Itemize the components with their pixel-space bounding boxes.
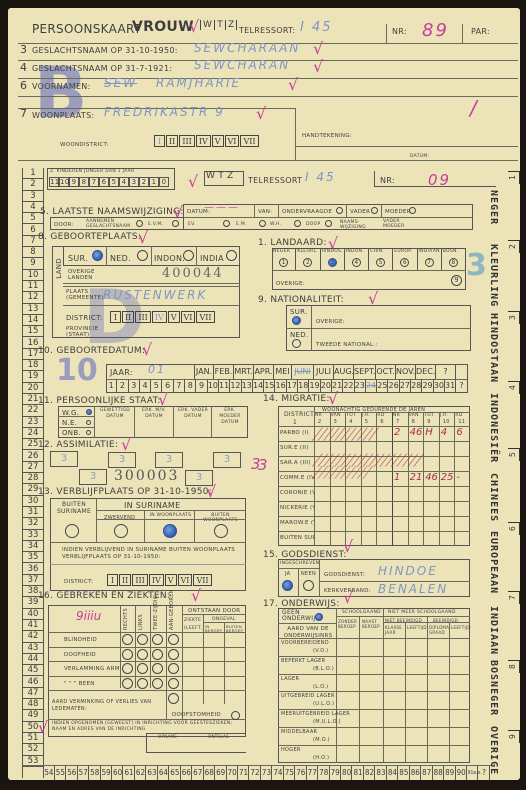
- day-cell[interactable]: 12: [230, 379, 241, 393]
- field7-num: 7: [20, 107, 27, 120]
- month-cell[interactable]: MEI: [274, 364, 292, 379]
- country-ned: NED.: [110, 254, 131, 263]
- landaard-radio[interactable]: 1: [279, 258, 288, 267]
- migration-district: BUITEN SUR. enz. (VIII): [280, 535, 314, 541]
- child-cell[interactable]: 7: [89, 177, 99, 187]
- side-index-tab[interactable]: 1: [508, 171, 520, 184]
- opt-wh: W.H.: [270, 222, 281, 227]
- telressort-second-label: TELRESSORT: [248, 176, 302, 185]
- child-cell[interactable]: 6: [99, 177, 109, 187]
- disability-radio[interactable]: [168, 663, 179, 674]
- day-cell[interactable]: 17: [287, 379, 298, 393]
- education-abbr: (B.L.O.): [313, 666, 334, 672]
- row-number: 12: [22, 292, 44, 303]
- month-cell[interactable]: FEB.: [214, 364, 234, 379]
- month-cell[interactable]: OCT.: [376, 364, 396, 379]
- day-cell[interactable]: 14: [253, 379, 264, 393]
- verblijf-district-V[interactable]: V: [165, 574, 177, 586]
- assim-box-3[interactable]: 3: [155, 452, 183, 468]
- district-I[interactable]: I: [154, 135, 165, 147]
- checkmark-surname-1950: √: [313, 39, 323, 58]
- verblijf-district-III[interactable]: III: [132, 574, 147, 586]
- child-cell[interactable]: 11: [49, 177, 59, 187]
- radio-status-ne[interactable]: [86, 420, 91, 425]
- district-V[interactable]: V: [212, 135, 224, 147]
- disability-radio[interactable]: [137, 634, 148, 645]
- disability-radio[interactable]: [137, 663, 148, 674]
- radio-zwervend[interactable]: [114, 524, 128, 538]
- child-cell[interactable]: 0: [159, 177, 169, 187]
- district-VI[interactable]: VI: [225, 135, 240, 147]
- migration-value: 46: [425, 472, 438, 483]
- landaard-stamp: 3: [466, 248, 487, 283]
- disability-radio[interactable]: [122, 649, 133, 660]
- landaard-label: 1. LANDAARD:: [258, 238, 327, 248]
- birth-district-II[interactable]: II: [122, 311, 134, 323]
- bottom-number: 75: [284, 766, 295, 780]
- doofstom-label: DOOFSTOMHEID: [172, 712, 221, 718]
- education-abbr: (V.O.): [313, 648, 328, 654]
- disability-radio[interactable]: [122, 663, 133, 674]
- leeftijd-2-label: LEEFTIJD: [451, 625, 471, 630]
- field4-num: 4: [20, 61, 27, 74]
- telressort-value: I 45: [300, 20, 333, 35]
- migration-district: NICKERIE (VI): [280, 505, 314, 511]
- row-number: 20: [22, 383, 44, 394]
- radio-country-indon[interactable]: [183, 250, 194, 261]
- radio-geen-onderwijs[interactable]: [315, 613, 323, 621]
- opt-evm: E.V.M.: [148, 222, 163, 227]
- migration-col-header: VAN: [331, 413, 341, 418]
- radio-buiten-suriname[interactable]: [65, 524, 79, 538]
- bottom-number: 77: [307, 766, 318, 780]
- migration-district-num: 1: [293, 419, 297, 426]
- disability-radio[interactable]: [152, 634, 163, 645]
- migration-col-num: 9: [427, 419, 430, 425]
- radio-country-ned[interactable]: [137, 250, 148, 261]
- nr-second-label: NR:: [380, 176, 395, 185]
- birth-district-VII[interactable]: VII: [196, 311, 214, 323]
- status-ne: N.E.: [62, 419, 77, 427]
- migration-value: H: [425, 427, 433, 438]
- row-number: 24: [22, 428, 44, 439]
- radio-status-onb[interactable]: [86, 430, 91, 435]
- opt-moeder-small: MOEDER: [383, 224, 405, 229]
- inrichting-label: INDIEN OPGENOMEN [GEWEEST] IN INRICHTING…: [52, 721, 242, 733]
- wtz-t: T: [214, 20, 225, 30]
- field6-label: VOORNAMEN:: [32, 82, 91, 91]
- migration-col-num: 11: [458, 419, 465, 425]
- bottom-number: 72: [250, 766, 261, 780]
- bottom-number: 60: [113, 766, 124, 780]
- education-type: BEPERKT LAGER: [281, 658, 325, 664]
- assim-box-5[interactable]: 3: [79, 469, 107, 485]
- bottom-number: 89: [445, 766, 456, 780]
- opt-buiten-woonplaats: BUITEN WOONPLAATS: [198, 513, 243, 523]
- radio-landaard-9[interactable]: 9: [451, 275, 462, 286]
- assim-box-2[interactable]: 3: [108, 452, 136, 468]
- birth-district-V[interactable]: V: [168, 311, 180, 323]
- day-cell[interactable]: 15: [264, 379, 275, 393]
- row-number: 31: [22, 507, 44, 518]
- landaard-option[interactable]: HINDOS. 3: [321, 248, 345, 270]
- migration-col-header: J.R.: [440, 413, 448, 418]
- bottom-number: 55: [55, 766, 66, 780]
- district-II[interactable]: II: [166, 135, 178, 147]
- child-cell[interactable]: 5: [109, 177, 119, 187]
- day-cell[interactable]: 29: [422, 379, 433, 393]
- landaard-radio[interactable]: 5: [376, 258, 385, 267]
- migration-district: SUR.E (II): [280, 445, 314, 451]
- migration-district: CORONIE (V): [280, 490, 314, 496]
- month-cell[interactable]: JULI: [314, 364, 334, 379]
- radio-evm[interactable]: [172, 220, 179, 227]
- col-erk-vader: ERK. VADER DATUM: [176, 408, 210, 420]
- day-cell[interactable]: 31: [445, 379, 456, 393]
- checkmark-birthplace: √: [138, 228, 148, 247]
- surname-1950-value: SEWCHARAAN: [194, 41, 300, 55]
- verblijf-district-VI[interactable]: VI: [178, 574, 193, 586]
- landaard-option[interactable]: EUROP. 6: [393, 248, 417, 270]
- opt-ondervraagde: ONDERVRAAGDE: [282, 209, 332, 215]
- day-cell[interactable]: 3: [129, 379, 140, 393]
- education-type: LAGER: [281, 676, 299, 682]
- month-cell[interactable]: ?: [436, 364, 456, 379]
- day-cell[interactable]: 26: [389, 379, 400, 393]
- opt-in-woonplaats: IN WOONPLAATS: [148, 513, 193, 518]
- day-cell[interactable]: 8: [185, 379, 196, 393]
- child-cell[interactable]: 9: [69, 177, 79, 187]
- radio-doop[interactable]: [325, 220, 332, 227]
- day-cell[interactable]: ?: [456, 379, 467, 393]
- first-names-value: RAMJHARIE: [156, 76, 241, 90]
- ziekte-label: ZIEKTE (LEEFT.): [184, 617, 202, 633]
- birth-district-III[interactable]: III: [135, 311, 150, 323]
- day-cell[interactable]: 19: [309, 379, 320, 393]
- side-label-europeaan: EUROPEAAN: [488, 531, 499, 594]
- month-cell[interactable]: JUNI: [292, 364, 314, 379]
- radio-verminking[interactable]: [168, 693, 179, 704]
- radio-country-india[interactable]: [226, 250, 237, 261]
- day-cell[interactable]: 4: [140, 379, 151, 393]
- wtz-second: W T Z: [206, 171, 233, 181]
- bottom-number: 85: [399, 766, 410, 780]
- row-number: 52: [22, 744, 44, 755]
- birthdate-stamp: 10: [56, 353, 98, 388]
- row-number: 22: [22, 405, 44, 416]
- assim-code-stamp: 300003: [114, 468, 179, 484]
- opt-naamswijziging: NAAMS-WIJZIGING: [340, 220, 380, 230]
- day-cell[interactable]: 2: [117, 379, 128, 393]
- disability-radio[interactable]: [168, 678, 179, 689]
- row-number: 30: [22, 496, 44, 507]
- landaard-option[interactable]: INDIAAN 7: [418, 248, 442, 270]
- child-cell[interactable]: 10: [59, 177, 69, 187]
- radio-aannemen[interactable]: [136, 220, 143, 227]
- day-cell[interactable]: 16: [276, 379, 287, 393]
- migration-district-header: DISTRICT: [284, 411, 314, 418]
- child-cell[interactable]: 1: [149, 177, 159, 187]
- assim-box-1[interactable]: 3: [50, 451, 78, 467]
- disability-radio[interactable]: [152, 678, 163, 689]
- nat-ned-label: NED.: [290, 331, 308, 339]
- day-cell[interactable]: 25: [377, 379, 388, 393]
- verblijf-district-label: DISTRICT:: [64, 579, 93, 585]
- radio-doofstom[interactable]: [231, 711, 240, 720]
- radio-ev[interactable]: [223, 220, 230, 227]
- radio-country-sur[interactable]: [92, 250, 103, 261]
- side-index-tab[interactable]: 3: [508, 311, 520, 324]
- row-number: 14: [22, 315, 44, 326]
- birth-district-VI[interactable]: VI: [181, 311, 196, 323]
- disability-col-header: RECHTS: [123, 608, 129, 630]
- row-number: 28: [22, 473, 44, 484]
- district-IV[interactable]: IV: [196, 135, 211, 147]
- child-cell[interactable]: 8: [79, 177, 89, 187]
- day-cell[interactable]: 27: [400, 379, 411, 393]
- birth-district-I[interactable]: I: [110, 311, 121, 323]
- bottom-number: 76: [296, 766, 307, 780]
- month-cell[interactable]: DEC.: [416, 364, 436, 379]
- disabilities-label: 16. GEBREKEN EN ZIEKTEN:: [38, 591, 170, 601]
- children-label: 2. KINDEREN JONGER DAN 1 JAAR: [50, 169, 134, 174]
- bottom-number: 90: [456, 766, 467, 780]
- day-cell[interactable]: 13: [242, 379, 253, 393]
- verblijf-district-IV[interactable]: IV: [149, 574, 164, 586]
- day-cell[interactable]: 24: [366, 379, 377, 393]
- van-label: VAN:: [258, 209, 272, 215]
- in-suriname-label: IN SURINAME: [124, 501, 180, 510]
- disability-radio[interactable]: [137, 678, 148, 689]
- row-number: 19: [22, 371, 44, 382]
- diploma-label: DIPLOMA GRAAD: [429, 625, 449, 635]
- side-index-tab[interactable]: 7: [508, 591, 520, 604]
- bottom-number: 56: [67, 766, 78, 780]
- naast-beroep-label: NAAST BEROEP: [362, 619, 382, 629]
- civil-status-label: 11. PERSOONLIJKE STAAT:: [38, 396, 161, 406]
- verblijf-note: INDIEN VERBLIJVEND IN SURINAME BUITEN WO…: [62, 547, 244, 561]
- checkmark-education: √: [343, 588, 353, 607]
- field4-label: GESLACHTSNAAM OP 31-7-1921:: [32, 64, 172, 73]
- row-number: 32: [22, 518, 44, 529]
- migration-value: 1: [394, 472, 400, 483]
- side-index-tab[interactable]: 8: [508, 660, 520, 673]
- day-cell[interactable]: 28: [411, 379, 422, 393]
- side-label-bosneger: BOSNEGER: [488, 660, 499, 716]
- radio-buiten-woonplaats[interactable]: [214, 524, 228, 538]
- year-value: 01: [148, 363, 166, 376]
- month-cell[interactable]: AUG.: [334, 364, 354, 379]
- migration-district: PARBO (I): [280, 430, 314, 436]
- day-cell[interactable]: 9: [196, 379, 207, 393]
- migration-col-header: NR: [393, 413, 400, 418]
- field7-label: WOONPLAATS:: [32, 111, 94, 120]
- migration-col-num: 4: [349, 419, 352, 425]
- bottom-number: 61: [124, 766, 135, 780]
- landaard-radio[interactable]: 2: [303, 258, 312, 267]
- radio-moeder[interactable]: [409, 207, 416, 214]
- day-cell[interactable]: 30: [434, 379, 445, 393]
- radio-in-woonplaats[interactable]: [163, 524, 177, 538]
- day-cell[interactable]: 1: [106, 379, 117, 393]
- bottom-number: 71: [239, 766, 250, 780]
- birthplace-label: 8. GEBOORTEPLAATS:: [38, 232, 141, 242]
- assim-box-4[interactable]: 3: [213, 452, 241, 468]
- radio-em[interactable]: [259, 220, 266, 227]
- leeftijd-label: LEEFTIJD: [407, 625, 427, 630]
- disability-radio[interactable]: [122, 678, 133, 689]
- verblijf-district-II[interactable]: II: [119, 574, 131, 586]
- child-cell[interactable]: 3: [129, 177, 139, 187]
- migration-value: -: [456, 472, 460, 483]
- day-cell[interactable]: 10: [208, 379, 219, 393]
- disability-radio[interactable]: [122, 634, 133, 645]
- wtz-boxes-top: W T Z: [200, 20, 237, 30]
- landaard-radio[interactable]: 7: [425, 258, 434, 267]
- radio-status-wg[interactable]: [86, 409, 92, 415]
- disability-row-label: " " " BEEN: [64, 681, 95, 687]
- disability-col-header: AAN-GEBOREN: [169, 608, 175, 630]
- checkmark-sex: √: [189, 17, 199, 36]
- side-label-overige: OVERIGE: [488, 726, 499, 775]
- migration-label: 14. MIGRATIE:: [263, 394, 330, 404]
- bottom-number: 58: [90, 766, 101, 780]
- month-cell[interactable]: APR.: [254, 364, 274, 379]
- residence-value: FREDRIKASTR 9: [104, 105, 225, 119]
- education-type: VOORBEREIDEND: [281, 640, 329, 646]
- migration-col-header: RD: [455, 413, 462, 418]
- row-number: 2: [22, 179, 44, 190]
- disability-row-label: DOOFHEID: [64, 652, 96, 658]
- landaard-radio[interactable]: 3: [328, 258, 337, 267]
- month-cell[interactable]: MRT.: [234, 364, 254, 379]
- landaard-option[interactable]: KLEURL. 2: [296, 248, 320, 270]
- migration-col-num: 5: [365, 419, 368, 425]
- month-cell[interactable]: NOV.: [396, 364, 416, 379]
- row-number: 45: [22, 665, 44, 676]
- verblijf-district-I[interactable]: I: [107, 574, 118, 586]
- telressort-label: TELRESSORT:: [239, 26, 295, 35]
- radio-nat-ned[interactable]: [292, 339, 301, 348]
- radio-religion-neen[interactable]: [303, 580, 314, 591]
- district-VII[interactable]: VII: [240, 135, 258, 147]
- row-number: 11: [22, 281, 44, 292]
- ontslag-label: ONTSLAG: [208, 734, 229, 739]
- bottom-number: 83: [376, 766, 387, 780]
- radio-ondervraagde[interactable]: [336, 207, 343, 214]
- migration-value: 21: [410, 472, 423, 483]
- disability-radio[interactable]: [137, 649, 148, 660]
- surname-1921-value: SEWCHARAN: [194, 58, 290, 72]
- par-label: PAR:: [471, 27, 490, 36]
- bottom-number: 66: [181, 766, 192, 780]
- landaard-option[interactable]: BOSN. 8: [442, 248, 466, 270]
- bottom-number: 78: [319, 766, 330, 780]
- side-index-tab[interactable]: 9: [508, 730, 520, 743]
- education-abbr: (L.O.): [313, 684, 328, 690]
- opt-doop: DOOP: [306, 222, 320, 227]
- radio-vader[interactable]: [371, 207, 378, 214]
- disability-radio[interactable]: [168, 634, 179, 645]
- row-number: 35: [22, 552, 44, 563]
- education-abbr: (M.O.): [313, 737, 330, 743]
- row-number: 46: [22, 677, 44, 688]
- checkmark-disabilities: √: [191, 586, 201, 605]
- side-index-tab[interactable]: 5: [508, 448, 520, 461]
- migration-value: 4: [441, 427, 447, 438]
- district-III[interactable]: III: [179, 135, 194, 147]
- side-index-tab[interactable]: 6: [508, 522, 520, 535]
- side-label-kleurling: KLEURLING: [488, 244, 499, 307]
- bottom-number: 54: [44, 766, 55, 780]
- landaard-radio[interactable]: 4: [352, 258, 361, 267]
- assimilation-label: 12. ASSIMILATIE:: [38, 440, 118, 450]
- checkmark-residence: √: [256, 104, 266, 123]
- bottom-number: 86: [410, 766, 421, 780]
- disability-radio[interactable]: [152, 649, 163, 660]
- overige-landen-label: OVERIGE LANDEN: [68, 269, 102, 281]
- day-cell[interactable]: 7: [174, 379, 185, 393]
- migration-scribbles: ╱╱╱╱╱╱╱╱╱╱╱: [312, 428, 377, 441]
- landaard-radio[interactable]: 6: [400, 258, 409, 267]
- month-cell[interactable]: JAN.: [194, 364, 214, 379]
- disability-radio[interactable]: [152, 663, 163, 674]
- opt-em: E.M.: [236, 222, 247, 227]
- radio-wh[interactable]: [294, 220, 301, 227]
- migration-district: COMM.E (IV): [280, 475, 314, 481]
- education-type: UITGEBREID LAGER: [281, 693, 335, 699]
- side-index-tab[interactable]: 4: [508, 381, 520, 394]
- migration-value: 25: [441, 472, 454, 483]
- landaard-option[interactable]: INDON. 4: [345, 248, 369, 270]
- landaard-radio[interactable]: 8: [449, 258, 458, 267]
- day-cell[interactable]: 18: [298, 379, 309, 393]
- child-cell[interactable]: 4: [119, 177, 129, 187]
- disability-row-label: VERLAMMING ARM: [64, 666, 120, 672]
- bottom-number: 69: [216, 766, 227, 780]
- opt-zwervend: ZWERVEND: [104, 515, 135, 521]
- row-number: 10: [22, 270, 44, 281]
- birth-district-IV[interactable]: IV: [152, 311, 167, 323]
- disability-radio[interactable]: [168, 649, 179, 660]
- landaard-overige-label: OVERIGE:: [276, 281, 305, 287]
- verblijf-district-VII[interactable]: VII: [193, 574, 211, 586]
- migration-col-num: 3: [334, 419, 337, 425]
- bottom-number: 91e.o.: [468, 766, 479, 780]
- nr-second-value: 09: [428, 171, 451, 189]
- radio-religion-ja[interactable]: [282, 580, 293, 591]
- bottom-number: 67: [193, 766, 204, 780]
- migration-col-header: TOT: [346, 413, 356, 418]
- day-cell[interactable]: 23: [355, 379, 366, 393]
- education-abbr: (M.U.L.O.): [313, 719, 341, 725]
- first-names-struck: SEW: [104, 76, 137, 90]
- side-index-tab[interactable]: 2: [508, 240, 520, 253]
- wtz-w: W: [200, 20, 214, 30]
- month-cell[interactable]: SEPT.: [354, 364, 376, 379]
- landaard-option[interactable]: CHIN. 5: [369, 248, 393, 270]
- day-cell[interactable]: 11: [219, 379, 230, 393]
- row-number: 23: [22, 417, 44, 428]
- landaard-option[interactable]: NEGER 1: [272, 248, 296, 270]
- bottom-number: 59: [101, 766, 112, 780]
- day-cell[interactable]: 22: [343, 379, 354, 393]
- row-number: 1: [22, 168, 44, 179]
- child-cell[interactable]: 2: [139, 177, 149, 187]
- migration-col-num: 2: [318, 419, 321, 425]
- migration-col-header: TOT: [424, 413, 434, 418]
- radio-nat-sur[interactable]: [292, 316, 301, 325]
